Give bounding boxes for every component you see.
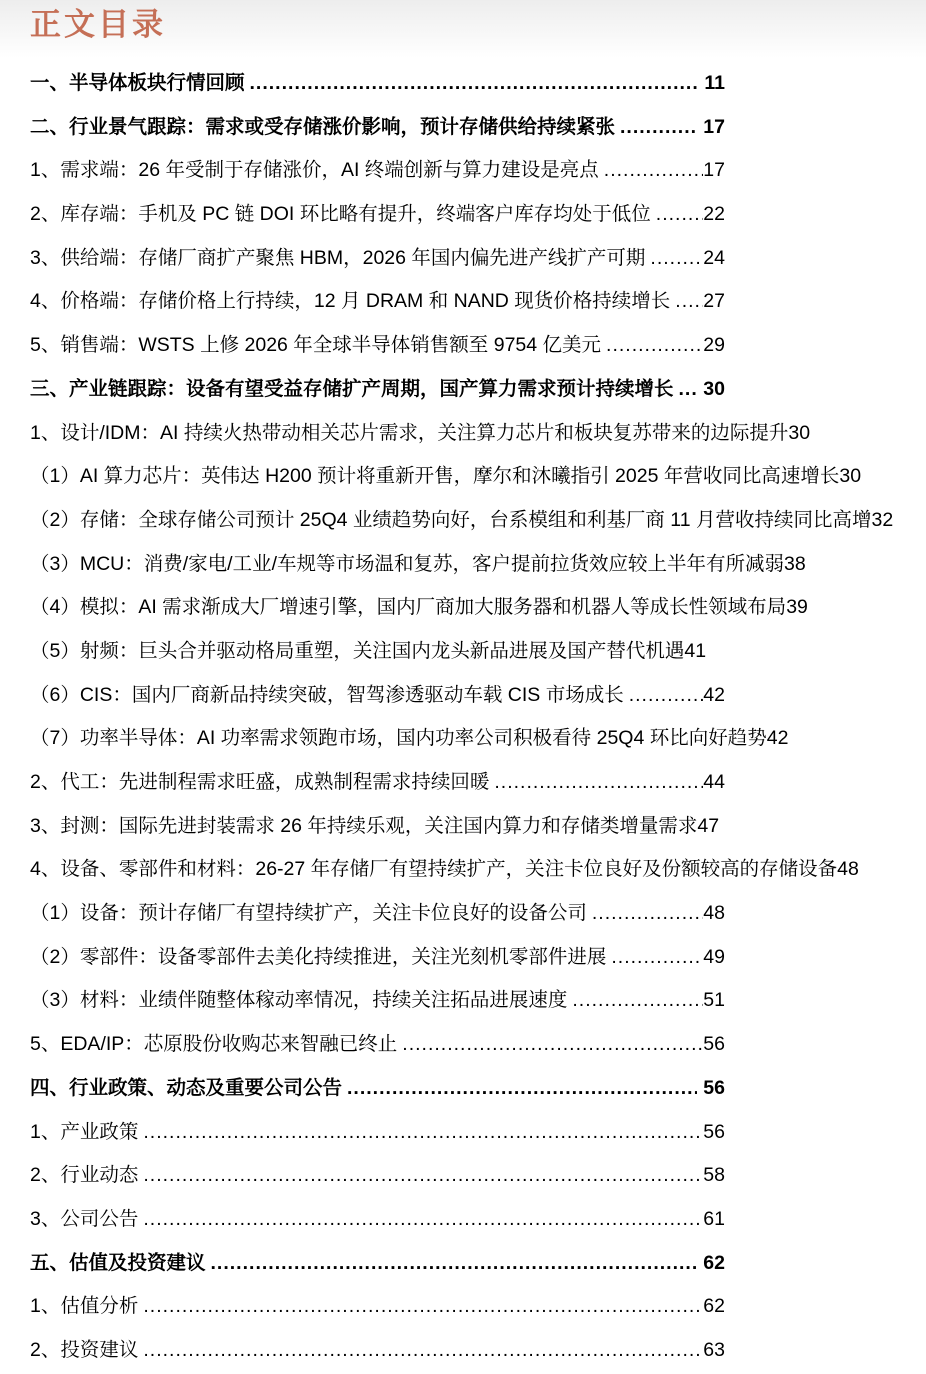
toc-entry-page: 27 — [703, 289, 725, 313]
toc-entry-label: 3、公司公告 — [30, 1207, 138, 1231]
toc-entry-page: 24 — [703, 246, 725, 270]
toc-entry-label: 4、价格端：存储价格上行持续，12 月 DRAM 和 NAND 现货价格持续增长 — [30, 289, 670, 313]
toc-entry[interactable]: 四、行业政策、动态及重要公司公告56 — [30, 1067, 725, 1111]
dot-leader — [143, 1207, 703, 1231]
toc-entry[interactable]: 3、公司公告61 — [30, 1198, 725, 1242]
toc-entry[interactable]: （3）材料：业绩伴随整体稼动率情况，持续关注拓品进展速度51 — [30, 979, 725, 1023]
toc-entry[interactable]: 4、价格端：存储价格上行持续，12 月 DRAM 和 NAND 现货价格持续增长… — [30, 280, 725, 324]
toc-entry[interactable]: 2、代工：先进制程需求旺盛，成熟制程需求持续回暖44 — [30, 761, 725, 805]
toc-entry-label: 三、产业链跟踪：设备有望受益存储扩产周期，国产算力需求预计持续增长 — [30, 377, 674, 401]
dot-leader — [402, 1032, 703, 1056]
toc-entry-page: 32 — [871, 508, 893, 532]
dot-leader — [620, 115, 697, 139]
toc-entry-page: 42 — [767, 726, 789, 750]
toc-entry[interactable]: （1）AI 算力芯片：英伟达 H200 预计将重新开售，摩尔和沐曦指引 2025… — [30, 455, 926, 499]
toc-entry-page: 62 — [703, 1251, 725, 1275]
toc-entry-label: 五、估值及投资建议 — [30, 1251, 206, 1275]
toc-entry-label: 3、封测：国际先进封装需求 26 年持续乐观，关注国内算力和存储类增量需求 — [30, 814, 697, 838]
toc-entry[interactable]: （3）MCU：消费/家电/工业/车规等市场温和复苏，客户提前拉货效应较上半年有所… — [30, 543, 926, 587]
dot-leader — [656, 202, 704, 226]
dot-leader — [250, 71, 699, 95]
toc-entry[interactable]: 五、估值及投资建议62 — [30, 1242, 725, 1286]
toc-entry-label: （1）设备：预计存储厂有望持续扩产，关注卡位良好的设备公司 — [30, 901, 587, 925]
toc-entry-label: 1、估值分析 — [30, 1294, 138, 1318]
document-page: 正文目录 一、半导体板块行情回顾11二、行业景气跟踪：需求或受存储涨价影响，预计… — [0, 0, 926, 1374]
toc-entry-label: 2、投资建议 — [30, 1338, 138, 1362]
toc-entry[interactable]: 一、半导体板块行情回顾11 — [30, 62, 725, 106]
toc-entry-label: 二、行业景气跟踪：需求或受存储涨价影响，预计存储供给持续紧张 — [30, 115, 615, 139]
dot-leader — [143, 1163, 703, 1187]
toc-entry[interactable]: 5、销售端：WSTS 上修 2026 年全球半导体销售额至 9754 亿美元29 — [30, 324, 725, 368]
toc-entry-label: 1、产业政策 — [30, 1120, 138, 1144]
dot-leader — [604, 158, 704, 182]
toc-entry[interactable]: （5）射频：巨头合并驱动格局重塑，关注国内龙头新品进展及国产替代机遇41 — [30, 630, 926, 674]
dot-leader — [650, 246, 703, 270]
dot-leader — [679, 377, 698, 401]
toc-entry-page: 11 — [704, 71, 725, 95]
toc-entry-page: 30 — [839, 464, 861, 488]
toc-entry[interactable]: （6）CIS：国内厂商新品持续突破，智驾渗透驱动车载 CIS 市场成长42 — [30, 674, 725, 718]
dot-leader — [347, 1076, 697, 1100]
toc-entry-page: 63 — [703, 1338, 725, 1362]
toc-entry[interactable]: 1、估值分析62 — [30, 1285, 725, 1329]
toc-entry-label: （6）CIS：国内厂商新品持续突破，智驾渗透驱动车载 CIS 市场成长 — [30, 683, 624, 707]
toc-entry-page: 61 — [703, 1207, 725, 1231]
toc-entry-label: 5、EDA/IP：芯原股份收购芯来智融已终止 — [30, 1032, 397, 1056]
toc-entry-page: 56 — [703, 1032, 725, 1056]
toc-entry-page: 62 — [703, 1294, 725, 1318]
dot-leader — [143, 1338, 703, 1362]
toc-entry[interactable]: 5、EDA/IP：芯原股份收购芯来智融已终止56 — [30, 1023, 725, 1067]
toc-entry-label: 1、需求端：26 年受制于存储涨价，AI 终端创新与算力建设是亮点 — [30, 158, 599, 182]
dot-leader — [143, 1120, 703, 1144]
toc-entry[interactable]: （2）零部件：设备零部件去美化持续推进，关注光刻机零部件进展49 — [30, 936, 725, 980]
toc-entry-label: 1、设计/IDM：AI 持续火热带动相关芯片需求，关注算力芯片和板块复苏带来的边… — [30, 421, 788, 445]
toc-entry[interactable]: 3、封测：国际先进封装需求 26 年持续乐观，关注国内算力和存储类增量需求47 — [30, 805, 926, 849]
toc-entry-label: （3）MCU：消费/家电/工业/车规等市场温和复苏，客户提前拉货效应较上半年有所… — [30, 552, 784, 576]
dot-leader — [211, 1251, 698, 1275]
toc-entry[interactable]: 2、行业动态58 — [30, 1154, 725, 1198]
dot-leader — [572, 988, 703, 1012]
toc-entry[interactable]: （4）模拟：AI 需求渐成大厂增速引擎，国内厂商加大服务器和机器人等成长性领域布… — [30, 586, 926, 630]
toc-entry-label: 四、行业政策、动态及重要公司公告 — [30, 1076, 342, 1100]
toc-entry-page: 58 — [703, 1163, 725, 1187]
toc-entry-label: 4、设备、零部件和材料：26-27 年存储厂有望持续扩产，关注卡位良好及份额较高… — [30, 857, 837, 881]
toc-entry-label: （3）材料：业绩伴随整体稼动率情况，持续关注拓品进展速度 — [30, 988, 567, 1012]
toc-entry-label: （2）零部件：设备零部件去美化持续推进，关注光刻机零部件进展 — [30, 945, 606, 969]
toc-entry-label: （2）存储：全球存储公司预计 25Q4 业绩趋势向好，台系模组和利基厂商 11 … — [30, 508, 871, 532]
toc-entry-label: （1）AI 算力芯片：英伟达 H200 预计将重新开售，摩尔和沐曦指引 2025… — [30, 464, 839, 488]
toc-entry-page: 17 — [703, 158, 725, 182]
toc-entry[interactable]: 二、行业景气跟踪：需求或受存储涨价影响，预计存储供给持续紧张17 — [30, 106, 725, 150]
toc-entry[interactable]: 1、设计/IDM：AI 持续火热带动相关芯片需求，关注算力芯片和板块复苏带来的边… — [30, 412, 926, 456]
toc-entry[interactable]: 2、库存端：手机及 PC 链 DOI 环比略有提升，终端客户库存均处于低位22 — [30, 193, 725, 237]
toc-entry[interactable]: 1、需求端：26 年受制于存储涨价，AI 终端创新与算力建设是亮点17 — [30, 149, 725, 193]
dot-leader — [494, 770, 703, 794]
toc-entry-label: 2、行业动态 — [30, 1163, 138, 1187]
toc-entry-label: 一、半导体板块行情回顾 — [30, 71, 245, 95]
toc-entry[interactable]: 4、设备、零部件和材料：26-27 年存储厂有望持续扩产，关注卡位良好及份额较高… — [30, 848, 926, 892]
toc-entry-page: 56 — [703, 1076, 725, 1100]
toc-entry-page: 56 — [703, 1120, 725, 1144]
toc-entry-page: 41 — [684, 639, 706, 663]
toc-entry-page: 30 — [703, 377, 725, 401]
toc-entry-label: （7）功率半导体：AI 功率需求领跑市场，国内功率公司积极看待 25Q4 环比向… — [30, 726, 767, 750]
toc-list: 一、半导体板块行情回顾11二、行业景气跟踪：需求或受存储涨价影响，预计存储供给持… — [30, 62, 926, 1373]
toc-entry-page: 44 — [703, 770, 725, 794]
toc-entry[interactable]: 1、产业政策56 — [30, 1111, 725, 1155]
toc-entry-page: 38 — [784, 552, 806, 576]
toc-entry-page: 30 — [788, 421, 810, 445]
toc-entry-page: 39 — [786, 595, 808, 619]
dot-leader — [629, 683, 704, 707]
dot-leader — [675, 289, 703, 313]
dot-leader — [606, 333, 703, 357]
toc-entry-page: 49 — [703, 945, 725, 969]
toc-entry-label: 2、库存端：手机及 PC 链 DOI 环比略有提升，终端客户库存均处于低位 — [30, 202, 651, 226]
toc-entry-label: （5）射频：巨头合并驱动格局重塑，关注国内龙头新品进展及国产替代机遇 — [30, 639, 684, 663]
toc-entry-page: 48 — [703, 901, 725, 925]
toc-entry[interactable]: 三、产业链跟踪：设备有望受益存储扩产周期，国产算力需求预计持续增长30 — [30, 368, 725, 412]
toc-entry[interactable]: （1）设备：预计存储厂有望持续扩产，关注卡位良好的设备公司48 — [30, 892, 725, 936]
page-title: 正文目录 — [30, 6, 926, 44]
toc-entry[interactable]: （2）存储：全球存储公司预计 25Q4 业绩趋势向好，台系模组和利基厂商 11 … — [30, 499, 926, 543]
toc-entry[interactable]: 2、投资建议63 — [30, 1329, 725, 1373]
toc-entry-page: 42 — [703, 683, 725, 707]
dot-leader — [143, 1294, 703, 1318]
toc-entry-page: 22 — [703, 202, 725, 226]
toc-entry-page: 29 — [703, 333, 725, 357]
dot-leader — [592, 901, 703, 925]
toc-entry[interactable]: 3、供给端：存储厂商扩产聚焦 HBM，2026 年国内偏先进产线扩产可期24 — [30, 237, 725, 281]
toc-entry[interactable]: （7）功率半导体：AI 功率需求领跑市场，国内功率公司积极看待 25Q4 环比向… — [30, 717, 926, 761]
toc-entry-label: 3、供给端：存储厂商扩产聚焦 HBM，2026 年国内偏先进产线扩产可期 — [30, 246, 645, 270]
dot-leader — [611, 945, 703, 969]
toc-entry-page: 47 — [697, 814, 719, 838]
toc-entry-label: 5、销售端：WSTS 上修 2026 年全球半导体销售额至 9754 亿美元 — [30, 333, 601, 357]
toc-entry-page: 48 — [837, 857, 859, 881]
toc-entry-page: 17 — [703, 115, 725, 139]
toc-entry-label: 2、代工：先进制程需求旺盛，成熟制程需求持续回暖 — [30, 770, 489, 794]
toc-entry-page: 51 — [703, 988, 725, 1012]
toc-entry-label: （4）模拟：AI 需求渐成大厂增速引擎，国内厂商加大服务器和机器人等成长性领域布… — [30, 595, 786, 619]
